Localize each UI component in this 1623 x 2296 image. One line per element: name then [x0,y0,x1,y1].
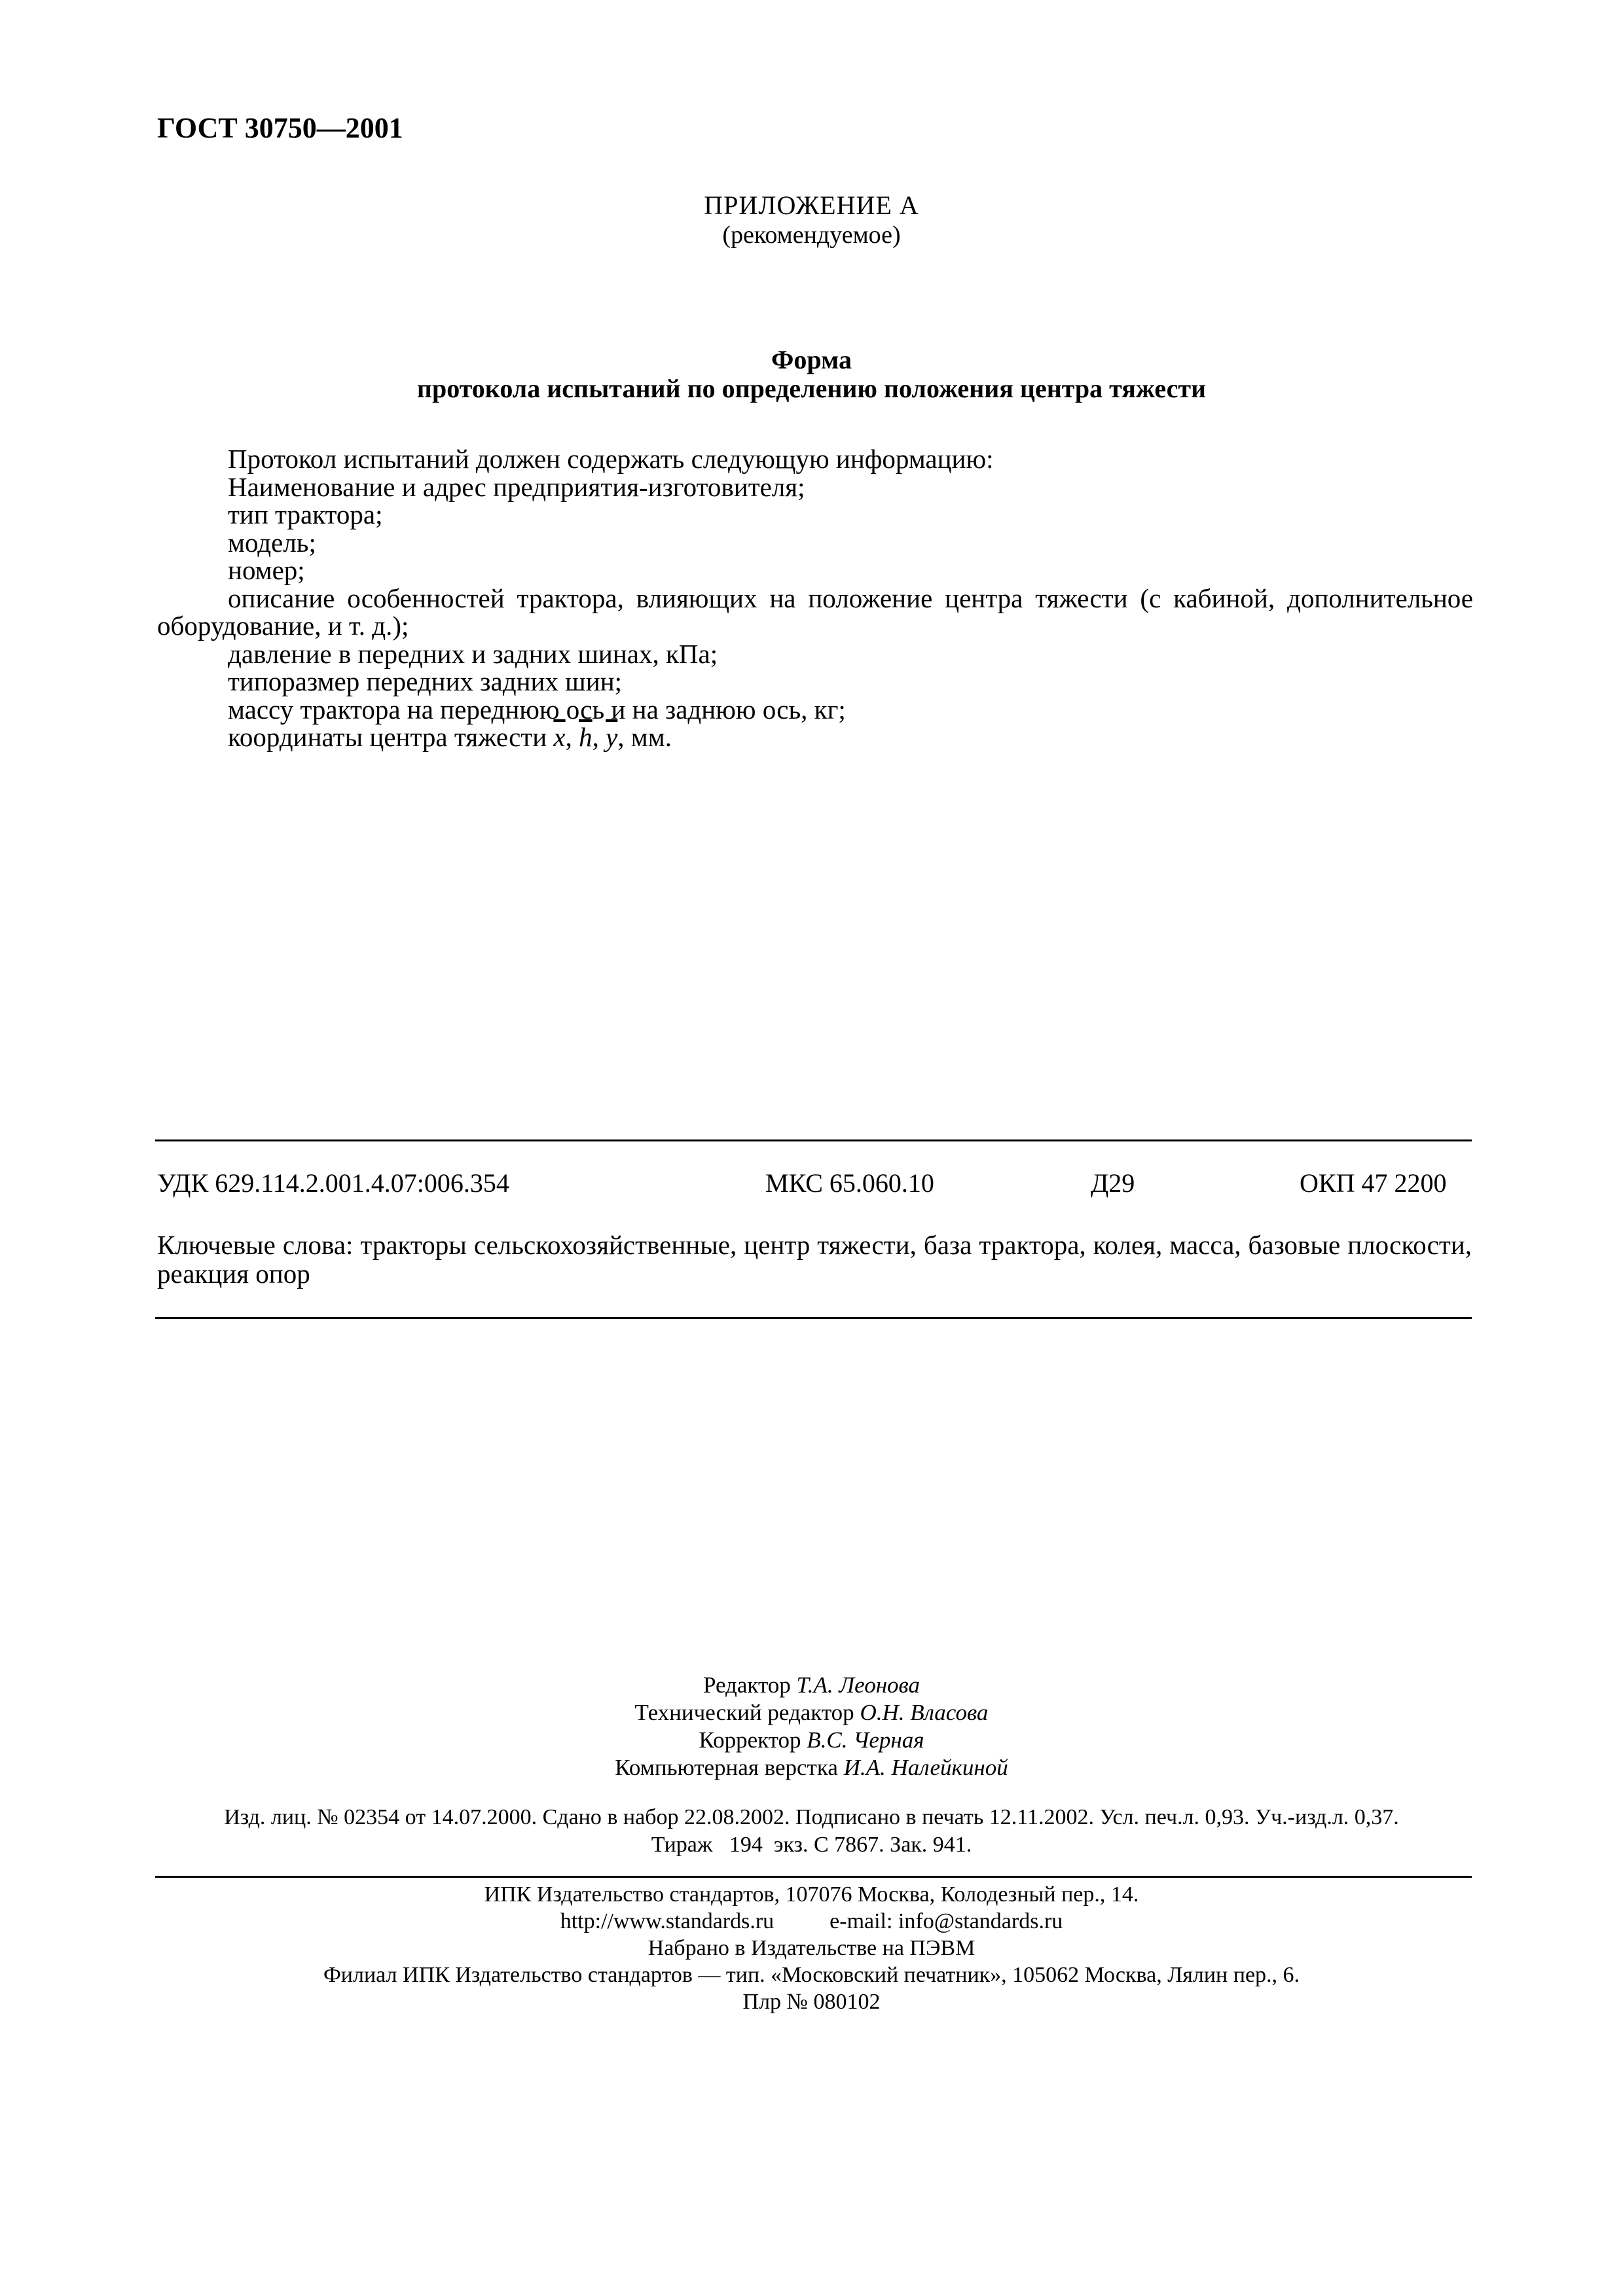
publisher-info: ИПК Издательство стандартов, 107076 Моск… [0,1881,1623,2015]
body-paragraph: тип трактора; [157,501,1473,529]
editorial-credits: Редактор Т.А. Леонова Технический редакт… [0,1672,1623,1782]
var-y-bar: y [606,722,617,752]
form-title: Форма [0,344,1623,376]
protocol-requirements: Протокол испытаний должен содержать след… [157,445,1473,751]
body-paragraph: Наименование и адрес предприятия-изготов… [157,473,1473,501]
separator: , [593,722,606,752]
publisher-contacts: http://www.standards.ru e-mail: info@sta… [0,1908,1623,1935]
divider-top [155,1139,1472,1141]
annex-title: ПРИЛОЖЕНИЕ А [0,190,1623,221]
editor-name: О.Н. Власова [860,1700,988,1725]
body-paragraph: Протокол испытаний должен содержать след… [157,445,1473,473]
okp-code: ОКП 47 2200 [1300,1168,1446,1199]
udk-code: УДК 629.114.2.001.4.07:006.354 [157,1168,509,1199]
divider-bottom [155,1876,1472,1878]
imprint: Изд. лиц. № 02354 от 14.07.2000. Сдано в… [0,1804,1623,1859]
separator: , [566,722,579,752]
publisher-email[interactable]: e-mail: info@standards.ru [830,1909,1063,1933]
body-paragraph: массу трактора на переднюю ось и на задн… [157,696,1473,724]
editor-role: Технический редактор [635,1700,854,1725]
group-code: Д29 [1091,1168,1135,1199]
var-x-bar: x [553,722,565,752]
publisher-website[interactable]: http://www.standards.ru [560,1909,774,1933]
typeset-note: Набрано в Издательстве на ПЭВМ [0,1935,1623,1962]
editor-line: Технический редактор О.Н. Власова [0,1699,1623,1727]
mks-code: МКС 65.060.10 [765,1168,934,1199]
body-paragraph: давление в передних и задних шинах, кПа; [157,640,1473,668]
editor-line: Корректор В.С. Черная [0,1727,1623,1754]
coordinates-paragraph: координаты центра тяжести x, h, y, мм. [157,723,1473,751]
coordinates-suffix: , мм. [617,722,672,752]
body-paragraph: описание особенностей трактора, влияющих… [157,584,1473,640]
publisher-address: ИПК Издательство стандартов, 107076 Моск… [0,1881,1623,1908]
editor-name: И.А. Налейкиной [844,1755,1008,1780]
editor-role: Компьютерная верстка [615,1755,838,1780]
body-paragraph: модель; [157,529,1473,557]
annex-status: (рекомендуемое) [0,220,1623,250]
editor-name: Т.А. Леонова [797,1672,920,1698]
editor-role: Редактор [703,1672,791,1698]
print-run-line: Тираж 194 экз. С 7867. Зак. 941. [0,1831,1623,1859]
classification-codes: УДК 629.114.2.001.4.07:006.354 МКС 65.06… [0,1168,1623,1199]
branch-address: Филиал ИПК Издательство стандартов — тип… [0,1962,1623,1988]
editor-line: Компьютерная верстка И.А. Налейкиной [0,1754,1623,1782]
coordinates-prefix: координаты центра тяжести [228,722,553,752]
document-id: ГОСТ 30750—2001 [157,111,403,145]
editor-name: В.С. Черная [807,1727,924,1753]
body-paragraph: номер; [157,556,1473,584]
editor-line: Редактор Т.А. Леонова [0,1672,1623,1699]
editor-role: Корректор [699,1727,801,1753]
printing-license: Плр № 080102 [0,1988,1623,2015]
var-h-bar: h [579,722,593,752]
form-subtitle: протокола испытаний по определению полож… [0,373,1623,404]
body-paragraph: типоразмер передних задних шин; [157,668,1473,696]
divider-middle [155,1317,1472,1319]
keywords: Ключевые слова: тракторы сельскохозяйств… [157,1230,1472,1288]
imprint-line: Изд. лиц. № 02354 от 14.07.2000. Сдано в… [0,1804,1623,1831]
